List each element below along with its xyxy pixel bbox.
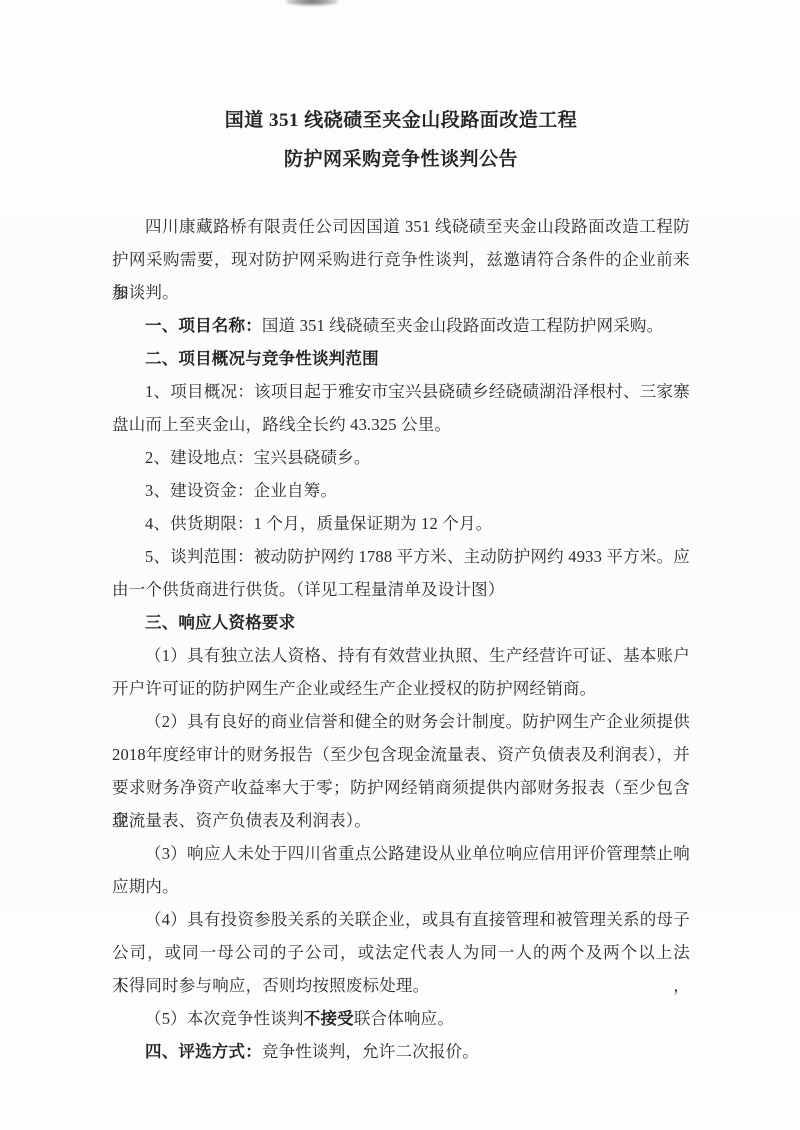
- doc-line: 二、项目概况与竞争性谈判范围: [112, 342, 690, 375]
- body-text-segment: 联合体响应。: [354, 1009, 454, 1028]
- body-text-segment: 国道 351 线硗碛至夹金山段路面改造工程防护网采购。: [262, 316, 663, 335]
- body-text-segment: 盘山而上至夹金山，路线全长约 43.325 公里。: [112, 415, 451, 434]
- body-text-segment: 金流量表、资产负债表及利润表）。: [112, 811, 371, 830]
- doc-line: （2）具有良好的商业信誉和健全的财务会计制度。防护网生产企业须提供: [112, 705, 690, 738]
- bold-text: 不接受: [304, 1009, 354, 1028]
- doc-line: 2018年度经审计的财务报告（至少包含现金流量表、资产负债表及利润表），并: [112, 738, 690, 771]
- doc-line: 1、项目概况：该项目起于雅安市宝兴县硗碛乡经硗碛湖沿泽根村、三家寨: [112, 375, 690, 408]
- doc-line: 加谈判。: [112, 276, 690, 309]
- bold-text: 二、项目概况与竞争性谈判范围: [145, 349, 379, 368]
- body-text-segment: 加谈判。: [112, 283, 179, 302]
- title-line-2: 防护网采购竞争性谈判公告: [112, 140, 690, 179]
- doc-line: 3、建设资金：企业自筹。: [112, 474, 690, 507]
- doc-line: （1）具有独立法人资格、持有有效营业执照、生产经营许可证、基本账户: [112, 639, 690, 672]
- body-text-segment: 5、谈判范围：被动防护网约 1788 平方米、主动防护网约 4933 平方米。应: [145, 547, 690, 566]
- doc-line: 四川康藏路桥有限责任公司因国道 351 线硗碛至夹金山段路面改造工程防: [112, 210, 690, 243]
- doc-line: 三、响应人资格要求: [112, 606, 690, 639]
- body-text-segment: 3、建设资金：企业自筹。: [145, 481, 337, 500]
- body-text-segment: 开户许可证的防护网生产企业或经生产企业授权的防护网经销商。: [112, 679, 596, 698]
- doc-line: 要求财务净资产收益率大于零；防护网经销商须提供内部财务报表（至少包含现: [112, 771, 690, 804]
- doc-line: 应期内。: [112, 870, 690, 903]
- doc-line: 4、供货期限：1 个月，质量保证期为 12 个月。: [112, 507, 690, 540]
- body-text-segment: 2、建设地点：宝兴县硗碛乡。: [145, 448, 371, 467]
- doc-line: 5、谈判范围：被动防护网约 1788 平方米、主动防护网约 4933 平方米。应: [112, 540, 690, 573]
- doc-line: 一、项目名称：国道 351 线硗碛至夹金山段路面改造工程防护网采购。: [112, 309, 690, 342]
- body-text-segment: 1、项目概况：该项目起于雅安市宝兴县硗碛乡经硗碛湖沿泽根村、三家寨: [145, 382, 690, 401]
- doc-line: 四、评选方式：竞争性谈判，允许二次报价。: [112, 1035, 690, 1068]
- body-text-segment: （2）具有良好的商业信誉和健全的财务会计制度。防护网生产企业须提供: [145, 712, 690, 731]
- bold-text: 一、项目名称：: [145, 316, 262, 335]
- doc-line: 公司，或同一母公司的子公司，或法定代表人为同一人的两个及两个以上法人，: [112, 936, 690, 969]
- body-text-segment: 由一个供货商进行供货。（详见工程量清单及设计图）: [112, 580, 505, 599]
- bold-text: 四、评选方式：: [145, 1042, 262, 1061]
- doc-line: 2、建设地点：宝兴县硗碛乡。: [112, 441, 690, 474]
- doc-line: 护网采购需要，现对防护网采购进行竞争性谈判，兹邀请符合条件的企业前来参: [112, 243, 690, 276]
- document-body: 四川康藏路桥有限责任公司因国道 351 线硗碛至夹金山段路面改造工程防护网采购需…: [112, 210, 690, 1068]
- body-text-segment: 四川康藏路桥有限责任公司因国道 351 线硗碛至夹金山段路面改造工程防: [145, 217, 690, 236]
- body-text-segment: 不得同时参与响应，否则均按照废标处理。: [112, 976, 429, 995]
- doc-line: （3）响应人未处于四川省重点公路建设从业单位响应信用评价管理禁止响: [112, 837, 690, 870]
- body-text-segment: （3）响应人未处于四川省重点公路建设从业单位响应信用评价管理禁止响: [145, 844, 690, 863]
- doc-line: 盘山而上至夹金山，路线全长约 43.325 公里。: [112, 408, 690, 441]
- document-page: 国道 351 线硗碛至夹金山段路面改造工程 防护网采购竞争性谈判公告 四川康藏路…: [0, 0, 800, 1130]
- doc-line: 金流量表、资产负债表及利润表）。: [112, 804, 690, 837]
- document-content: 国道 351 线硗碛至夹金山段路面改造工程 防护网采购竞争性谈判公告 四川康藏路…: [112, 101, 690, 1068]
- title-line-1: 国道 351 线硗碛至夹金山段路面改造工程: [112, 101, 690, 140]
- body-text-segment: （4）具有投资参股关系的关联企业，或具有直接管理和被管理关系的母子: [145, 910, 690, 929]
- body-text-segment: （5）本次竞争性谈判: [145, 1009, 304, 1028]
- body-text-segment: （1）具有独立法人资格、持有有效营业执照、生产经营许可证、基本账户: [145, 646, 690, 665]
- scan-smudge-artifact: [286, 0, 338, 6]
- body-text-segment: 2018年度经审计的财务报告（至少包含现金流量表、资产负债表及利润表），并: [112, 745, 690, 764]
- body-text-segment: 应期内。: [112, 877, 179, 896]
- doc-line: （5）本次竞争性谈判不接受联合体响应。: [112, 1002, 690, 1035]
- doc-line: 由一个供货商进行供货。（详见工程量清单及设计图）: [112, 573, 690, 606]
- doc-line: （4）具有投资参股关系的关联企业，或具有直接管理和被管理关系的母子: [112, 903, 690, 936]
- document-title: 国道 351 线硗碛至夹金山段路面改造工程 防护网采购竞争性谈判公告: [112, 101, 690, 179]
- bold-text: 三、响应人资格要求: [145, 613, 295, 632]
- body-text-segment: 4、供货期限：1 个月，质量保证期为 12 个月。: [145, 514, 492, 533]
- body-text-segment: 竞争性谈判，允许二次报价。: [262, 1042, 479, 1061]
- doc-line: 开户许可证的防护网生产企业或经生产企业授权的防护网经销商。: [112, 672, 690, 705]
